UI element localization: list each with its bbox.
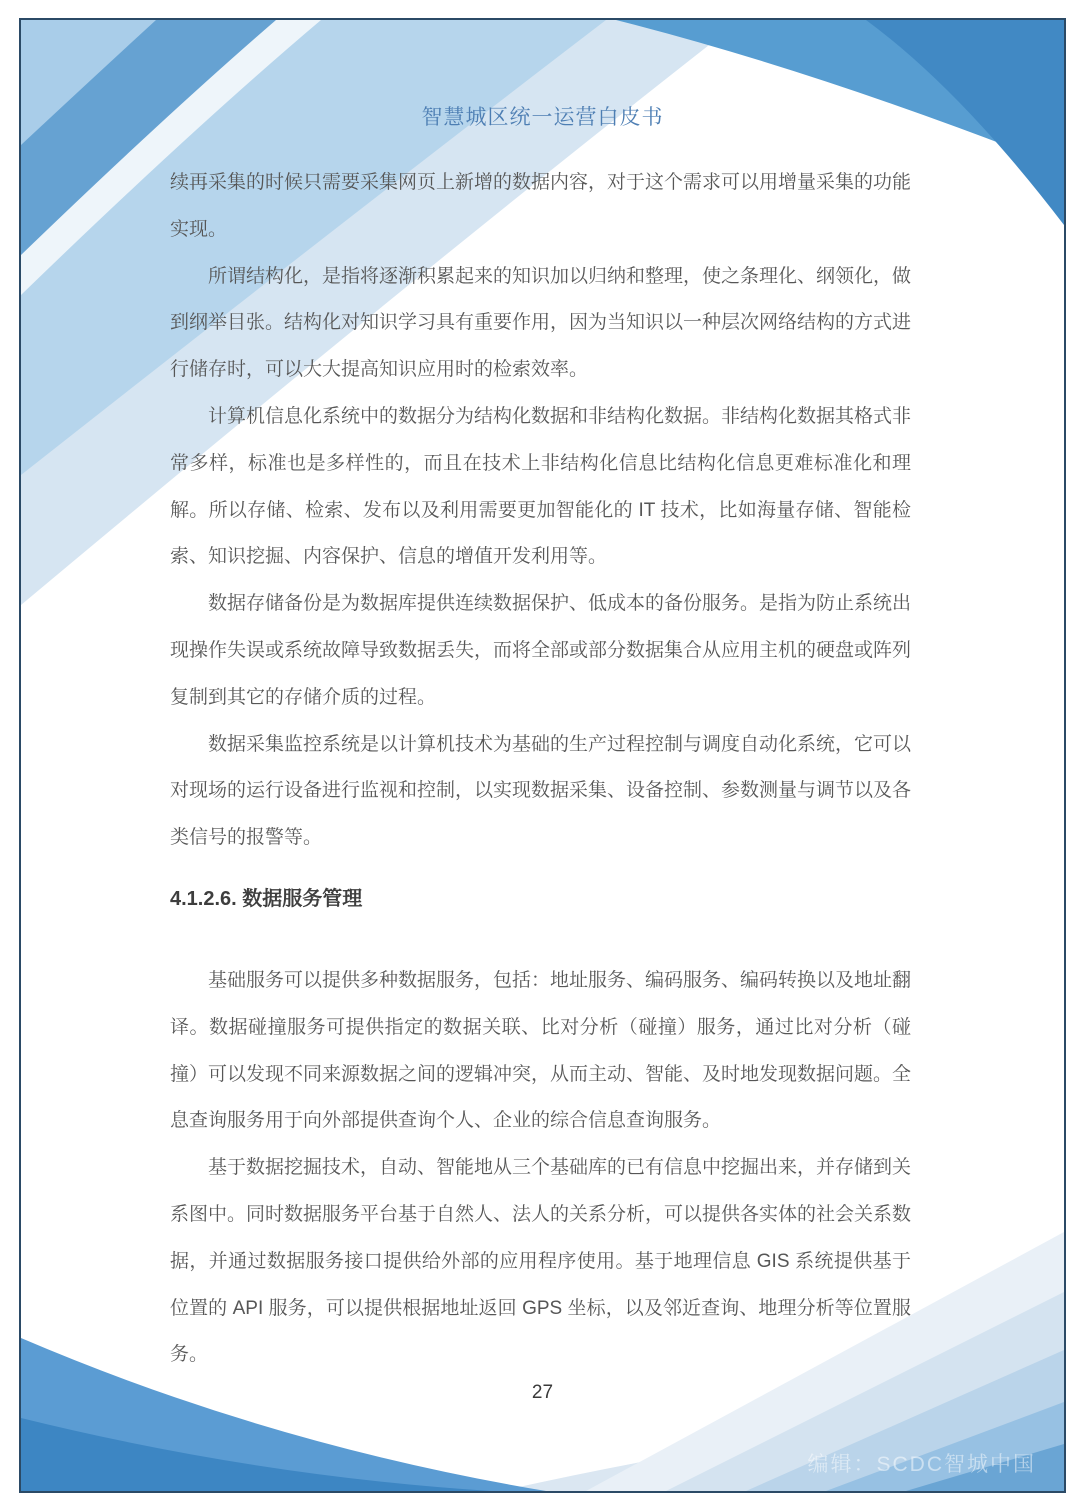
page-title: 智慧城区统一运营白皮书	[21, 102, 1064, 134]
page-number: 27	[21, 1382, 1064, 1404]
paragraph: 续再采集的时候只需要采集网页上新增的数据内容，对于这个需求可以用增量采集的功能实…	[170, 160, 911, 254]
paragraph: 所谓结构化，是指将逐渐积累起来的知识加以归纳和整理，使之条理化、纲领化，做到纲举…	[170, 254, 911, 394]
paragraph: 基础服务可以提供多种数据服务，包括：地址服务、编码服务、编码转换以及地址翻译。数…	[170, 958, 911, 1145]
paragraph: 数据存储备份是为数据库提供连续数据保护、低成本的备份服务。是指为防止系统出现操作…	[170, 581, 911, 721]
body-text-column: 续再采集的时候只需要采集网页上新增的数据内容，对于这个需求可以用增量采集的功能实…	[170, 160, 911, 1379]
paragraph: 计算机信息化系统中的数据分为结构化数据和非结构化数据。非结构化数据其格式非常多样…	[170, 394, 911, 581]
paragraph: 数据采集监控系统是以计算机技术为基础的生产过程控制与调度自动化系统，它可以对现场…	[170, 722, 911, 862]
editor-watermark: 编辑：SCDC智城中国	[807, 1448, 1036, 1478]
paragraph: 基于数据挖掘技术，自动、智能地从三个基础库的已有信息中挖掘出来，并存储到关系图中…	[170, 1145, 911, 1379]
section-heading: 4.1.2.6. 数据服务管理	[170, 884, 911, 914]
document-page: 智慧城区统一运营白皮书 续再采集的时候只需要采集网页上新增的数据内容，对于这个需…	[19, 18, 1066, 1493]
